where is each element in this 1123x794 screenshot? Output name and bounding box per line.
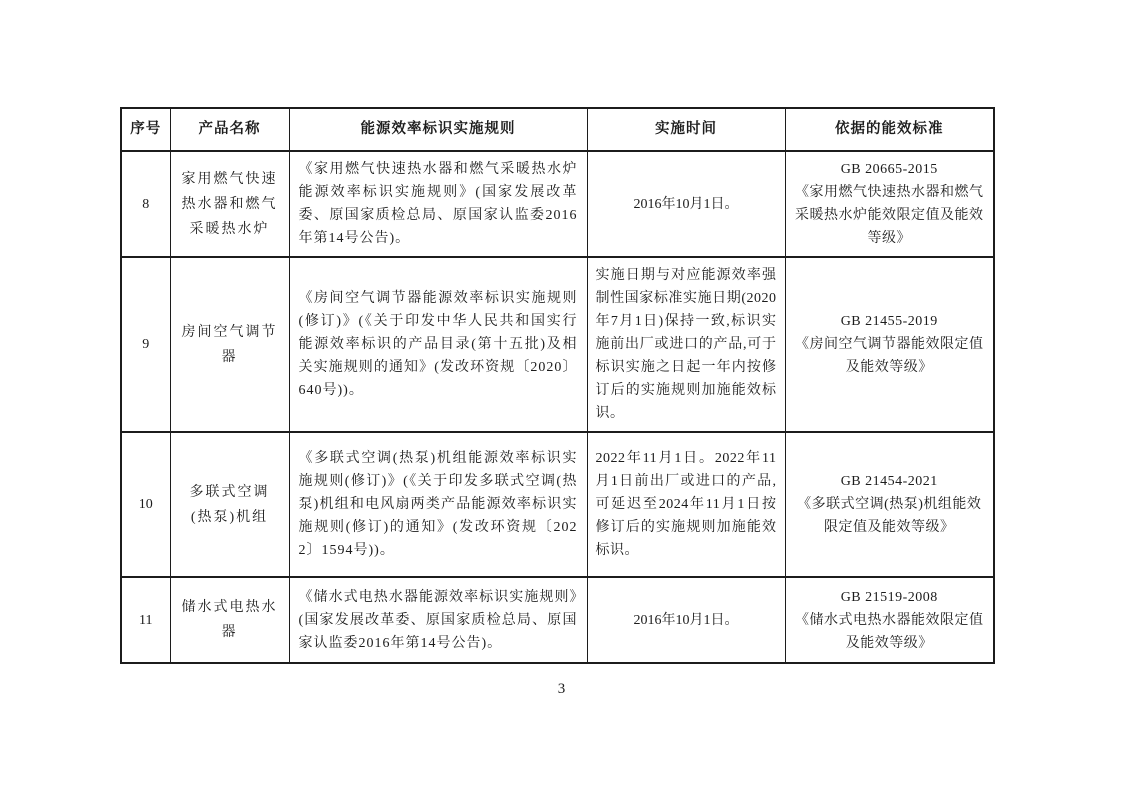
standard-cell: GB 20665-2015 《家用燃气快速热水器和燃气采暖热水炉能效限定值及能效… xyxy=(785,151,994,257)
header-row: 序号 产品名称 能源效率标识实施规则 实施时间 依据的能效标准 xyxy=(121,108,994,151)
product-name-cell: 家用燃气快速热水器和燃气采暖热水炉 xyxy=(170,151,289,257)
standard-name: 《多联式空调(热泵)机组能效限定值及能效等级》 xyxy=(794,493,986,539)
table-row: 9 房间空气调节器 《房间空气调节器能源效率标识实施规则(修订)》(《关于印发中… xyxy=(121,257,994,432)
product-name-cell: 多联式空调(热泵)机组 xyxy=(170,432,289,577)
serial-cell: 8 xyxy=(121,151,170,257)
standard-cell: GB 21454-2021 《多联式空调(热泵)机组能效限定值及能效等级》 xyxy=(785,432,994,577)
table-row: 10 多联式空调(热泵)机组 《多联式空调(热泵)机组能源效率标识实施规则(修订… xyxy=(121,432,994,577)
standard-code: GB 21455-2019 xyxy=(794,310,986,333)
rule-cell: 《储水式电热水器能源效率标识实施规则》(国家发展改革委、原国家质检总局、原国家认… xyxy=(289,577,587,663)
column-header-implementation-time: 实施时间 xyxy=(587,108,785,151)
serial-cell: 10 xyxy=(121,432,170,577)
table-row: 8 家用燃气快速热水器和燃气采暖热水炉 《家用燃气快速热水器和燃气采暖热水炉能源… xyxy=(121,151,994,257)
time-cell: 2016年10月1日。 xyxy=(587,151,785,257)
column-header-energy-standard: 依据的能效标准 xyxy=(785,108,994,151)
time-cell: 实施日期与对应能源效率强制性国家标准实施日期(2020年7月1日)保持一致,标识… xyxy=(587,257,785,432)
standard-name: 《储水式电热水器能效限定值及能效等级》 xyxy=(794,609,986,655)
table-row: 11 储水式电热水器 《储水式电热水器能源效率标识实施规则》(国家发展改革委、原… xyxy=(121,577,994,663)
standard-cell: GB 21519-2008 《储水式电热水器能效限定值及能效等级》 xyxy=(785,577,994,663)
product-name-cell: 房间空气调节器 xyxy=(170,257,289,432)
standard-name: 《家用燃气快速热水器和燃气采暖热水炉能效限定值及能效等级》 xyxy=(794,181,986,250)
rule-cell: 《房间空气调节器能源效率标识实施规则(修订)》(《关于印发中华人民共和国实行能源… xyxy=(289,257,587,432)
column-header-product-name: 产品名称 xyxy=(170,108,289,151)
rule-cell: 《家用燃气快速热水器和燃气采暖热水炉能源效率标识实施规则》(国家发展改革委、原国… xyxy=(289,151,587,257)
serial-cell: 9 xyxy=(121,257,170,432)
standard-name: 《房间空气调节器能效限定值及能效等级》 xyxy=(794,333,986,379)
serial-cell: 11 xyxy=(121,577,170,663)
time-cell: 2022年11月1日。2022年11月1日前出厂或进口的产品,可延迟至2024年… xyxy=(587,432,785,577)
standard-code: GB 20665-2015 xyxy=(794,158,986,181)
standard-code: GB 21519-2008 xyxy=(794,586,986,609)
column-header-implementation-rule: 能源效率标识实施规则 xyxy=(289,108,587,151)
column-header-serial: 序号 xyxy=(121,108,170,151)
rule-cell: 《多联式空调(热泵)机组能源效率标识实施规则(修订)》(《关于印发多联式空调(热… xyxy=(289,432,587,577)
page-number: 3 xyxy=(0,681,1123,698)
standard-code: GB 21454-2021 xyxy=(794,470,986,493)
time-cell: 2016年10月1日。 xyxy=(587,577,785,663)
standard-cell: GB 21455-2019 《房间空气调节器能效限定值及能效等级》 xyxy=(785,257,994,432)
implementation-rules-table: 序号 产品名称 能源效率标识实施规则 实施时间 依据的能效标准 8 家用燃气快速… xyxy=(120,107,995,664)
product-name-cell: 储水式电热水器 xyxy=(170,577,289,663)
